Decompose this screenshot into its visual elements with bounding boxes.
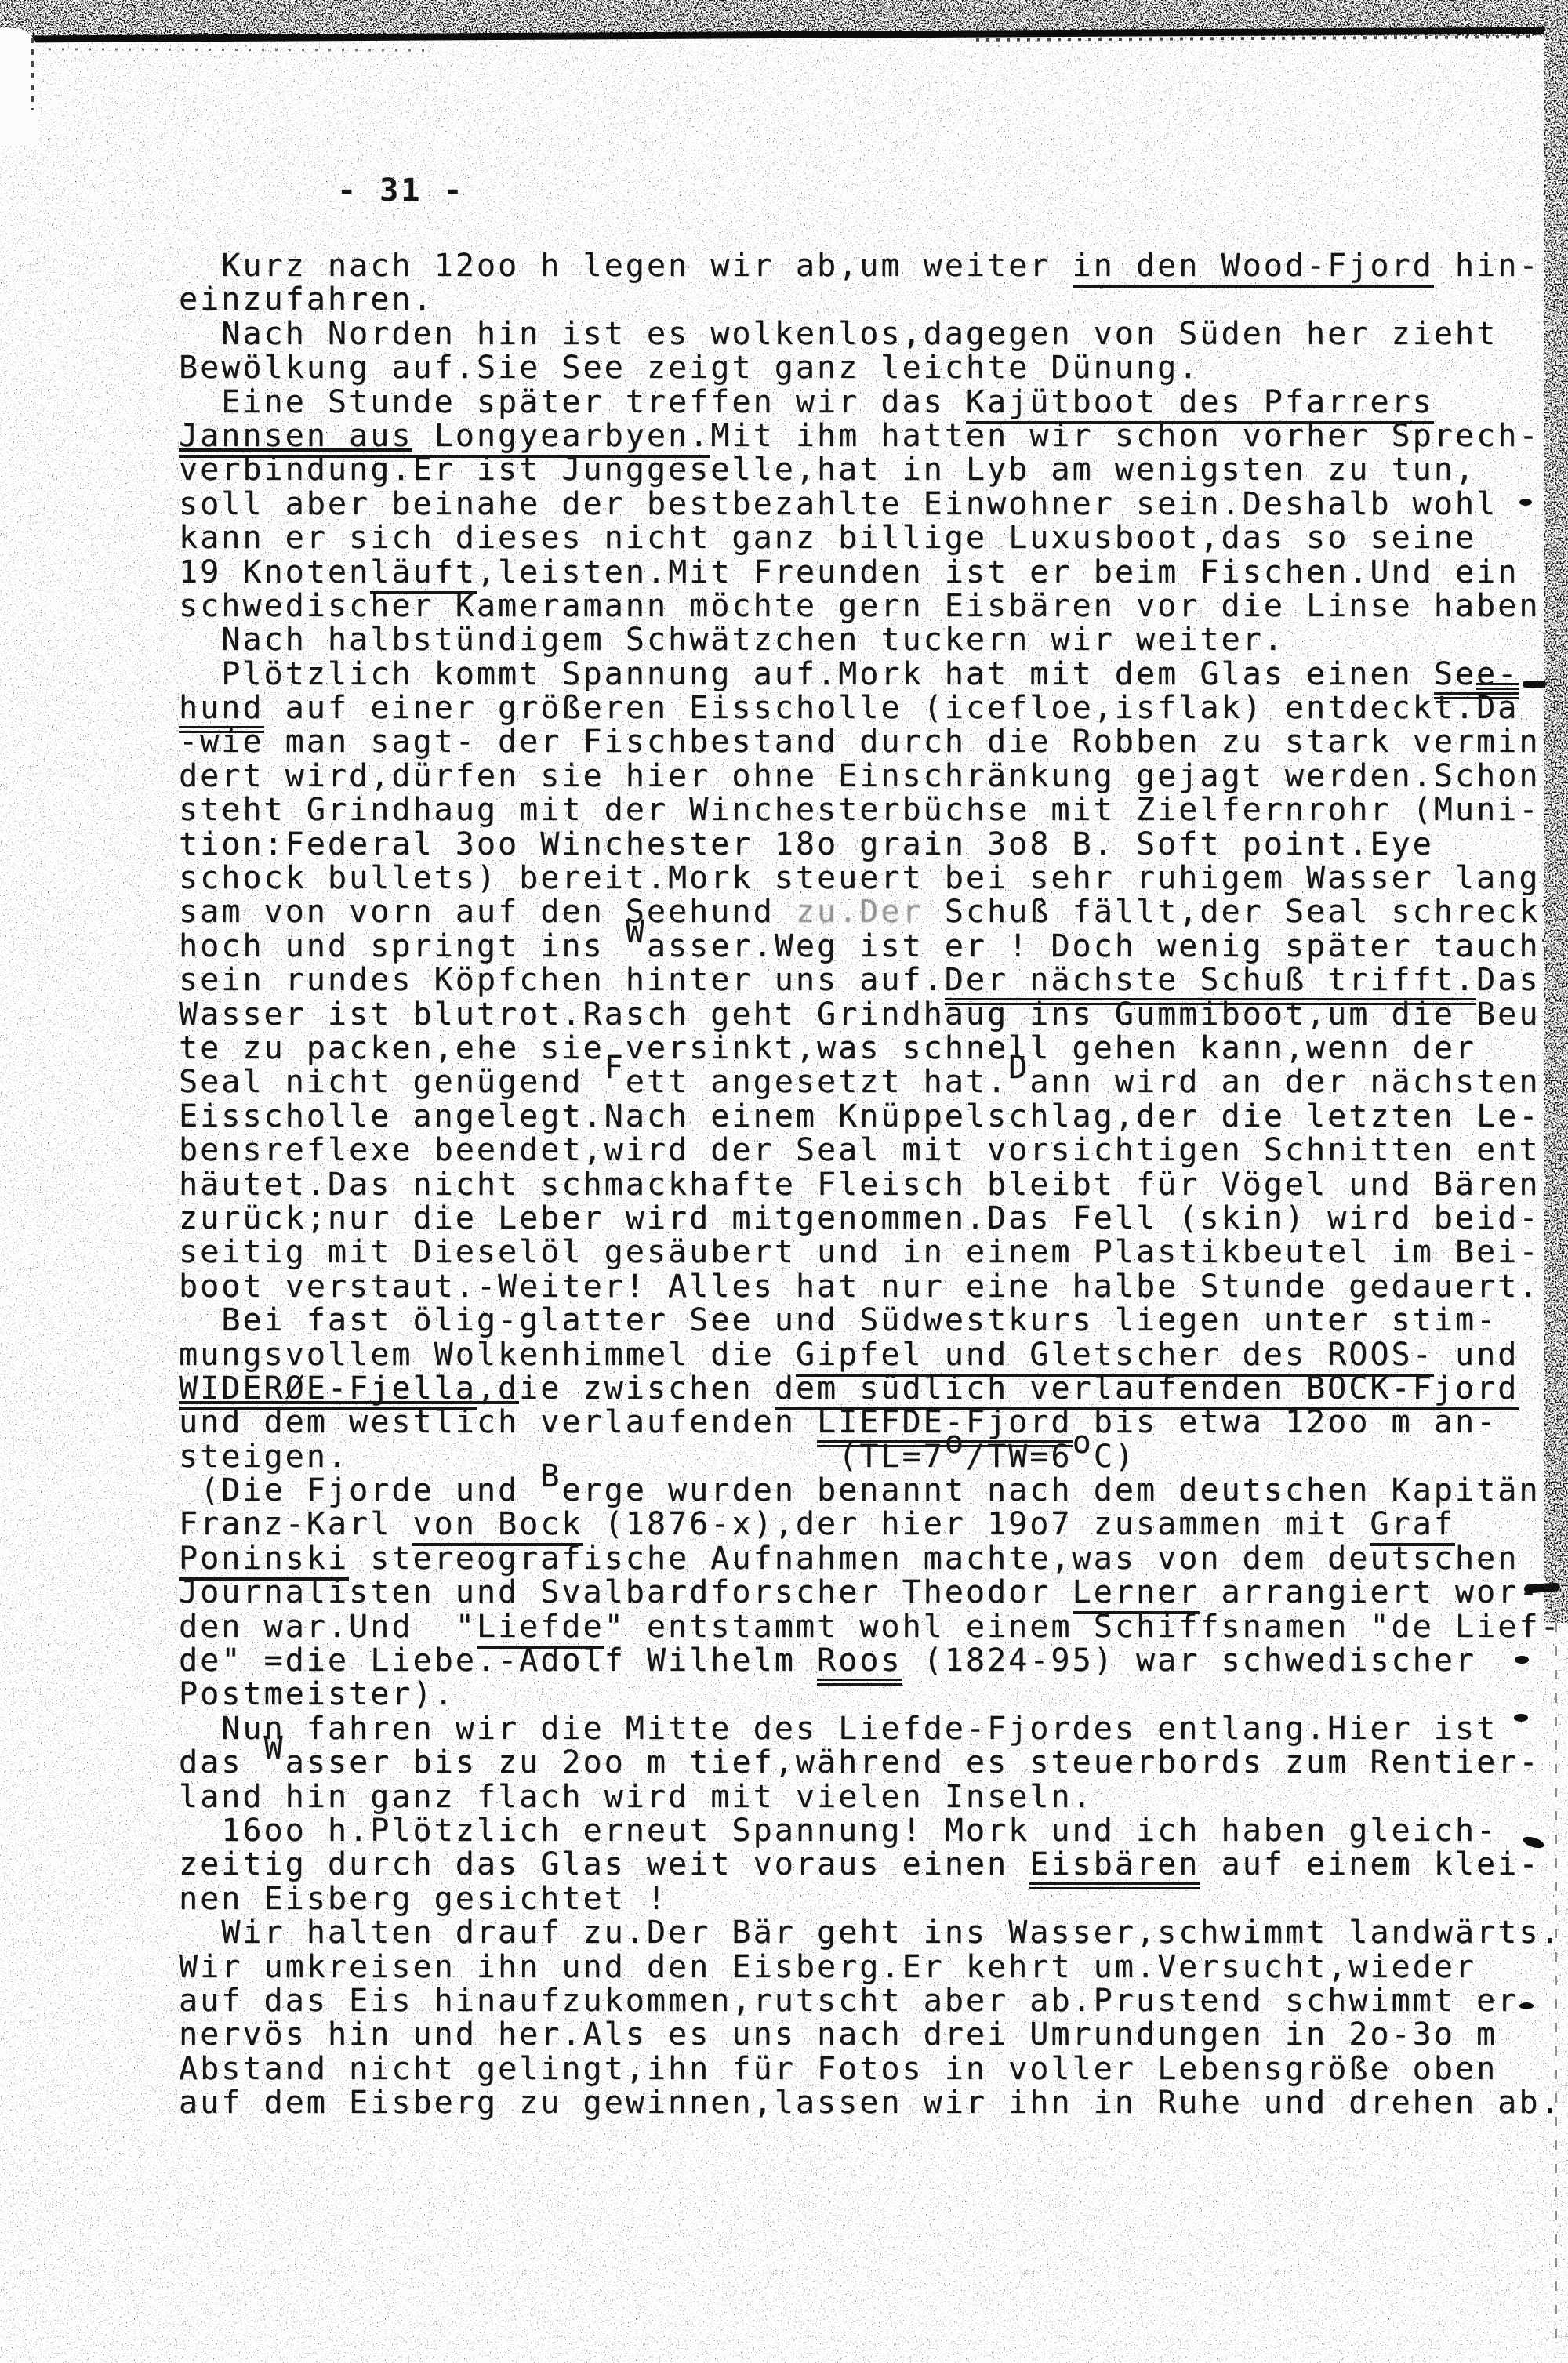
text-segment: bis etwa 12oo m an- xyxy=(1073,1404,1498,1440)
text-line: einzufahren. xyxy=(179,283,1562,317)
text-line: Nun fahren wir die Mitte des Liefde-Fjor… xyxy=(179,1712,1562,1746)
text-segment: -wie man sagt- der Fischbestand durch di… xyxy=(179,724,1562,760)
text-segment: Kurz nach 12oo h legen wir ab,um weiter xyxy=(179,248,1073,284)
text-segment: Schuß fällt,der Seal schreckt xyxy=(924,894,1562,930)
text-segment: asser.Weg ist er ! Doch wenig später tau… xyxy=(647,928,1562,964)
text-line: auf dem Eisberg zu gewinnen,lassen wir i… xyxy=(179,2086,1562,2120)
text-segment: Bewölkung auf.Sie See zeigt ganz leichte… xyxy=(179,350,1200,386)
text-segment: dert wird,dürfen sie hier ohne Einschrän… xyxy=(179,758,1540,794)
text-segment: häutet.Das nicht schmackhafte Fleisch bl… xyxy=(179,1167,1540,1203)
text-segment: 16oo h.Plötzlich erneut Spannung! Mork u… xyxy=(179,1813,1497,1849)
text-line: zeitig durch das Glas weit voraus einen … xyxy=(179,1848,1562,1882)
text-segment: erge wurden benannt nach dem deutschen K… xyxy=(561,1472,1540,1508)
scan-artifact-right-band xyxy=(1544,0,1568,1623)
text-line: tion:Federal 3oo Winchester 18o grain 3o… xyxy=(179,828,1562,862)
text-line: das Wasser bis zu 2oo m tief,während es … xyxy=(179,1746,1562,1780)
text-segment-s: W xyxy=(626,914,647,950)
text-line: auf das Eis hinaufzukommen,rutscht aber … xyxy=(179,1984,1562,2018)
text-segment: ett angesetzt hat. xyxy=(626,1064,1008,1100)
text-segment: das xyxy=(179,1744,264,1780)
text-line: und dem westlich verlaufenden LIEFDE-Fjo… xyxy=(179,1406,1562,1439)
text-line: Poninski stereografische Aufnahmen macht… xyxy=(179,1542,1562,1576)
text-line: -wie man sagt- der Fischbestand durch di… xyxy=(179,725,1562,759)
text-line: mungsvollem Wolkenhimmel die Gipfel und … xyxy=(179,1338,1562,1372)
text-line: Journalisten und Svalbardforscher Theodo… xyxy=(179,1576,1562,1610)
text-segment-s: F xyxy=(604,1050,626,1086)
text-line: hund auf einer größeren Eisscholle (icef… xyxy=(179,691,1562,725)
text-segment: boot verstaut.-Weiter! Alles hat nur ein… xyxy=(179,1269,1540,1305)
text-segment: auf dem Eisberg zu gewinnen,lassen wir i… xyxy=(179,2085,1562,2121)
text-segment: Franz-Karl xyxy=(179,1506,412,1542)
text-line: 16oo h.Plötzlich erneut Spannung! Mork u… xyxy=(179,1814,1562,1848)
text-segment: zurück;nur die Leber wird mitgenommen.Da… xyxy=(179,1200,1540,1236)
text-segment: verlaufenden xyxy=(519,1404,817,1440)
page-number: - 31 - xyxy=(337,172,465,209)
text-line: nervös hin und her.Als es uns nach drei … xyxy=(179,2018,1562,2052)
text-segment-u: in den Wood-Fjord xyxy=(1073,248,1434,288)
text-segment-uu: Roos xyxy=(817,1642,902,1686)
text-segment: hin- xyxy=(1434,248,1541,284)
text-line: Bei fast ölig-glatter See und Südwestkur… xyxy=(179,1304,1562,1338)
text-line: 19 Knotenläuft,leisten.Mit Freunden ist … xyxy=(179,556,1562,590)
text-line: sam von vorn auf den Seehund zu.Der Schu… xyxy=(179,895,1562,929)
text-line: bensreflexe beendet,wird der Seal mit vo… xyxy=(179,1134,1562,1167)
text-line: Eine Stunde später treffen wir das Kajüt… xyxy=(179,386,1562,419)
text-segment: (Die Fjorde und xyxy=(179,1472,540,1508)
text-segment: sein rundes Köpfchen hinter uns auf. xyxy=(179,962,945,998)
text-block: Kurz nach 12oo h legen wir ab,um weiter … xyxy=(179,249,1562,2120)
text-line: dert wird,dürfen sie hier ohne Einschrän… xyxy=(179,760,1562,793)
text-line: soll aber beinahe der bestbezahlte Einwo… xyxy=(179,488,1562,521)
text-segment: Er ist Junggeselle,hat in Lyb am wenigst… xyxy=(412,452,1476,488)
text-line: land hin ganz flach wird mit vielen Inse… xyxy=(179,1780,1562,1814)
text-line: Nach Norden hin ist es wolkenlos,dagegen… xyxy=(179,318,1562,351)
text-segment: auf einem klei- xyxy=(1200,1846,1540,1882)
text-line: Franz-Karl von Bock (1876-x),der hier 19… xyxy=(179,1508,1562,1541)
text-segment-s: B xyxy=(540,1458,561,1494)
text-segment: Wasser ist blutrot.Rasch geht Grindhaug … xyxy=(179,996,1562,1033)
text-segment: soll aber beinahe der bestbezahlte Einwo… xyxy=(179,486,1497,522)
ink-blob xyxy=(1523,681,1546,688)
text-segment: schwedischer Kameramann möchte gern Eisb… xyxy=(179,588,1562,624)
text-segment: Mit ihm hatten wir schon vorher Sprech- xyxy=(710,418,1540,454)
text-segment: auf das Eis hinaufzukommen,rutscht aber … xyxy=(179,1983,1519,2019)
text-segment: Eine Stunde später treffen wir das xyxy=(179,384,966,420)
text-segment: Journalisten und Svalbardforscher Theodo… xyxy=(179,1574,1073,1610)
text-segment: kann er sich dieses nicht ganz billige L… xyxy=(179,520,1476,556)
text-segment-f: zu.Der xyxy=(796,894,924,930)
text-segment: den war.Und " xyxy=(179,1609,477,1645)
text-segment: Das xyxy=(1476,962,1540,998)
text-line: boot verstaut.-Weiter! Alles hat nur ein… xyxy=(179,1270,1562,1304)
text-line: Plötzlich kommt Spannung auf.Mork hat mi… xyxy=(179,658,1562,691)
text-segment: seitig mit Dieselöl gesäubert und in ein… xyxy=(179,1234,1540,1270)
text-line: den war.Und "Liefde" entstammt wohl eine… xyxy=(179,1610,1562,1644)
text-line: steht Grindhaug mit der Winchesterbüchse… xyxy=(179,793,1562,827)
text-line: nen Eisberg gesichtet ! xyxy=(179,1882,1562,1916)
text-segment: Postmeister). xyxy=(179,1676,456,1712)
text-line: hoch und springt ins Wasser.Weg ist er !… xyxy=(179,930,1562,964)
text-segment: und xyxy=(1434,1337,1519,1373)
text-segment: Wir umkreisen ihn und den Eisberg.Er keh… xyxy=(179,1949,1476,1985)
text-line: (Die Fjorde und Berge wurden benannt nac… xyxy=(179,1474,1562,1508)
text-segment: ann wird an der nächsten xyxy=(1029,1064,1540,1100)
text-line: kann er sich dieses nicht ganz billige L… xyxy=(179,521,1562,555)
text-segment: arrangiert wor- xyxy=(1200,1574,1540,1610)
text-segment: steht Grindhaug mit der Winchesterbüchse… xyxy=(179,792,1540,828)
text-segment: hoch und springt ins xyxy=(179,928,626,964)
ink-blob xyxy=(1514,1714,1528,1722)
text-line: Seal nicht genügend Fett angesetzt hat.D… xyxy=(179,1065,1562,1099)
text-segment: Wir halten drauf zu.Der Bär geht ins Was… xyxy=(179,1915,1562,1951)
text-line: Nach halbstündigem Schwätzchen tuckern w… xyxy=(179,623,1562,657)
text-segment-oo: Da xyxy=(1476,683,1519,726)
text-segment: Nach Norden hin ist es wolkenlos,dagegen… xyxy=(179,316,1497,352)
text-line: schwedischer Kameramann möchte gern Eisb… xyxy=(179,590,1562,623)
text-segment: schock bullets) bereit.Mork steuert bei … xyxy=(179,860,1562,896)
text-line: verbindung.Er ist Junggeselle,hat in Lyb… xyxy=(179,453,1562,487)
left-margin-dashed-line xyxy=(31,38,34,110)
text-segment: Plötzlich kommt Spannung auf.Mork hat mi… xyxy=(179,656,1434,692)
text-segment-s: W xyxy=(264,1730,285,1766)
ink-blob xyxy=(1519,2002,1534,2009)
text-segment: 19 Knoten xyxy=(179,554,370,590)
text-segment-s: D xyxy=(1008,1050,1029,1086)
text-segment: asser bis zu 2oo m tief,während es steue… xyxy=(285,1744,1541,1780)
text-segment: Seal nicht genügend xyxy=(179,1064,604,1100)
text-line: Abstand nicht gelingt,ihn für Fotos in v… xyxy=(179,2053,1562,2086)
text-segment: de" =die Liebe.-Adolf Wilhelm xyxy=(179,1642,817,1679)
text-line: Wir umkreisen ihn und den Eisberg.Er keh… xyxy=(179,1951,1562,1984)
text-line: zurück;nur die Leber wird mitgenommen.Da… xyxy=(179,1202,1562,1236)
text-segment: Bei fast ölig-glatter See und Südwestkur… xyxy=(179,1302,1497,1338)
text-segment-o: verbindung. xyxy=(179,448,412,488)
ink-blob xyxy=(1519,499,1532,506)
text-line: häutet.Das nicht schmackhafte Fleisch bl… xyxy=(179,1168,1562,1202)
text-segment: land hin ganz flach wird mit vielen Inse… xyxy=(179,1779,1094,1815)
text-line: Wasser ist blutrot.Rasch geht Grindhaug … xyxy=(179,998,1562,1032)
text-line: sein rundes Köpfchen hinter uns auf.Der … xyxy=(179,964,1562,997)
text-line: te zu packen,ehe sie versinkt,was schnel… xyxy=(179,1032,1562,1065)
text-line: schock bullets) bereit.Mork steuert bei … xyxy=(179,862,1562,895)
text-segment-s: o xyxy=(1073,1425,1094,1461)
text-segment: Nun fahren wir die Mitte des Liefde-Fjor… xyxy=(179,1711,1497,1747)
text-line: seitig mit Dieselöl gesäubert und in ein… xyxy=(179,1236,1562,1269)
text-segment: (1824-95) war schwedischer xyxy=(902,1642,1477,1679)
text-segment: mungsvollem Wolkenhimmel die xyxy=(179,1337,796,1373)
text-segment: sam von vorn auf den Seehund xyxy=(179,894,796,930)
text-segment: zeitig durch das Glas weit voraus einen xyxy=(179,1846,1029,1882)
text-segment: " entstammt wohl einem Schiffsnamen "de … xyxy=(604,1609,1562,1645)
ink-blob xyxy=(1515,1656,1529,1664)
text-segment: einzufahren. xyxy=(179,281,434,318)
text-line: Bewölkung auf.Sie See zeigt ganz leichte… xyxy=(179,351,1562,385)
text-segment: C) xyxy=(1094,1439,1136,1475)
text-segment: tion:Federal 3oo Winchester 18o grain 3o… xyxy=(179,826,1434,862)
text-segment: ,leisten.Mit Freunden ist er beim Fische… xyxy=(477,554,1519,590)
text-segment: auf einer größeren Eisscholle (icefloe,i… xyxy=(264,690,1477,726)
text-segment: Abstand nicht gelingt,ihn für Fotos in v… xyxy=(179,2051,1497,2087)
text-line: de" =die Liebe.-Adolf Wilhelm Roos (1824… xyxy=(179,1644,1562,1678)
text-segment-s: o xyxy=(945,1425,966,1461)
scanned-document-page: - 31 - Kurz nach 12oo h legen wir ab,um … xyxy=(0,0,1568,2363)
text-line: Eisscholle angelegt.Nach einem Knüppelsc… xyxy=(179,1100,1562,1134)
text-line: Kurz nach 12oo h legen wir ab,um weiter … xyxy=(179,249,1562,283)
text-segment: Eisscholle angelegt.Nach einem Knüppelsc… xyxy=(179,1098,1540,1134)
text-segment: nervös hin und her.Als es uns nach drei … xyxy=(179,2016,1497,2053)
text-segment: Nach halbstündigem Schwätzchen tuckern w… xyxy=(179,622,1285,658)
text-segment: steigen. (TL=7 xyxy=(179,1439,945,1475)
text-segment: ,die zwischen xyxy=(477,1370,775,1407)
text-line: steigen. (TL=7o/TW=6oC) xyxy=(179,1440,1562,1474)
text-segment: (1876-x),der hier 19o7 zusammen mit xyxy=(583,1506,1370,1542)
text-segment: nen Eisberg gesichtet ! xyxy=(179,1881,668,1917)
text-segment: te zu packen,ehe sie versinkt,was schnel… xyxy=(179,1030,1476,1066)
text-segment: /TW=6 xyxy=(966,1439,1073,1475)
top-dotted-line-left xyxy=(49,48,425,51)
text-line: Wir halten drauf zu.Der Bär geht ins Was… xyxy=(179,1916,1562,1950)
text-segment: stereografische Aufnahmen machte,was von… xyxy=(349,1541,1519,1577)
text-segment-uu: Eisbären xyxy=(1029,1846,1200,1889)
text-segment: bensreflexe beendet,wird der Seal mit vo… xyxy=(179,1132,1562,1168)
text-segment-o: und dem westlich xyxy=(179,1401,519,1440)
